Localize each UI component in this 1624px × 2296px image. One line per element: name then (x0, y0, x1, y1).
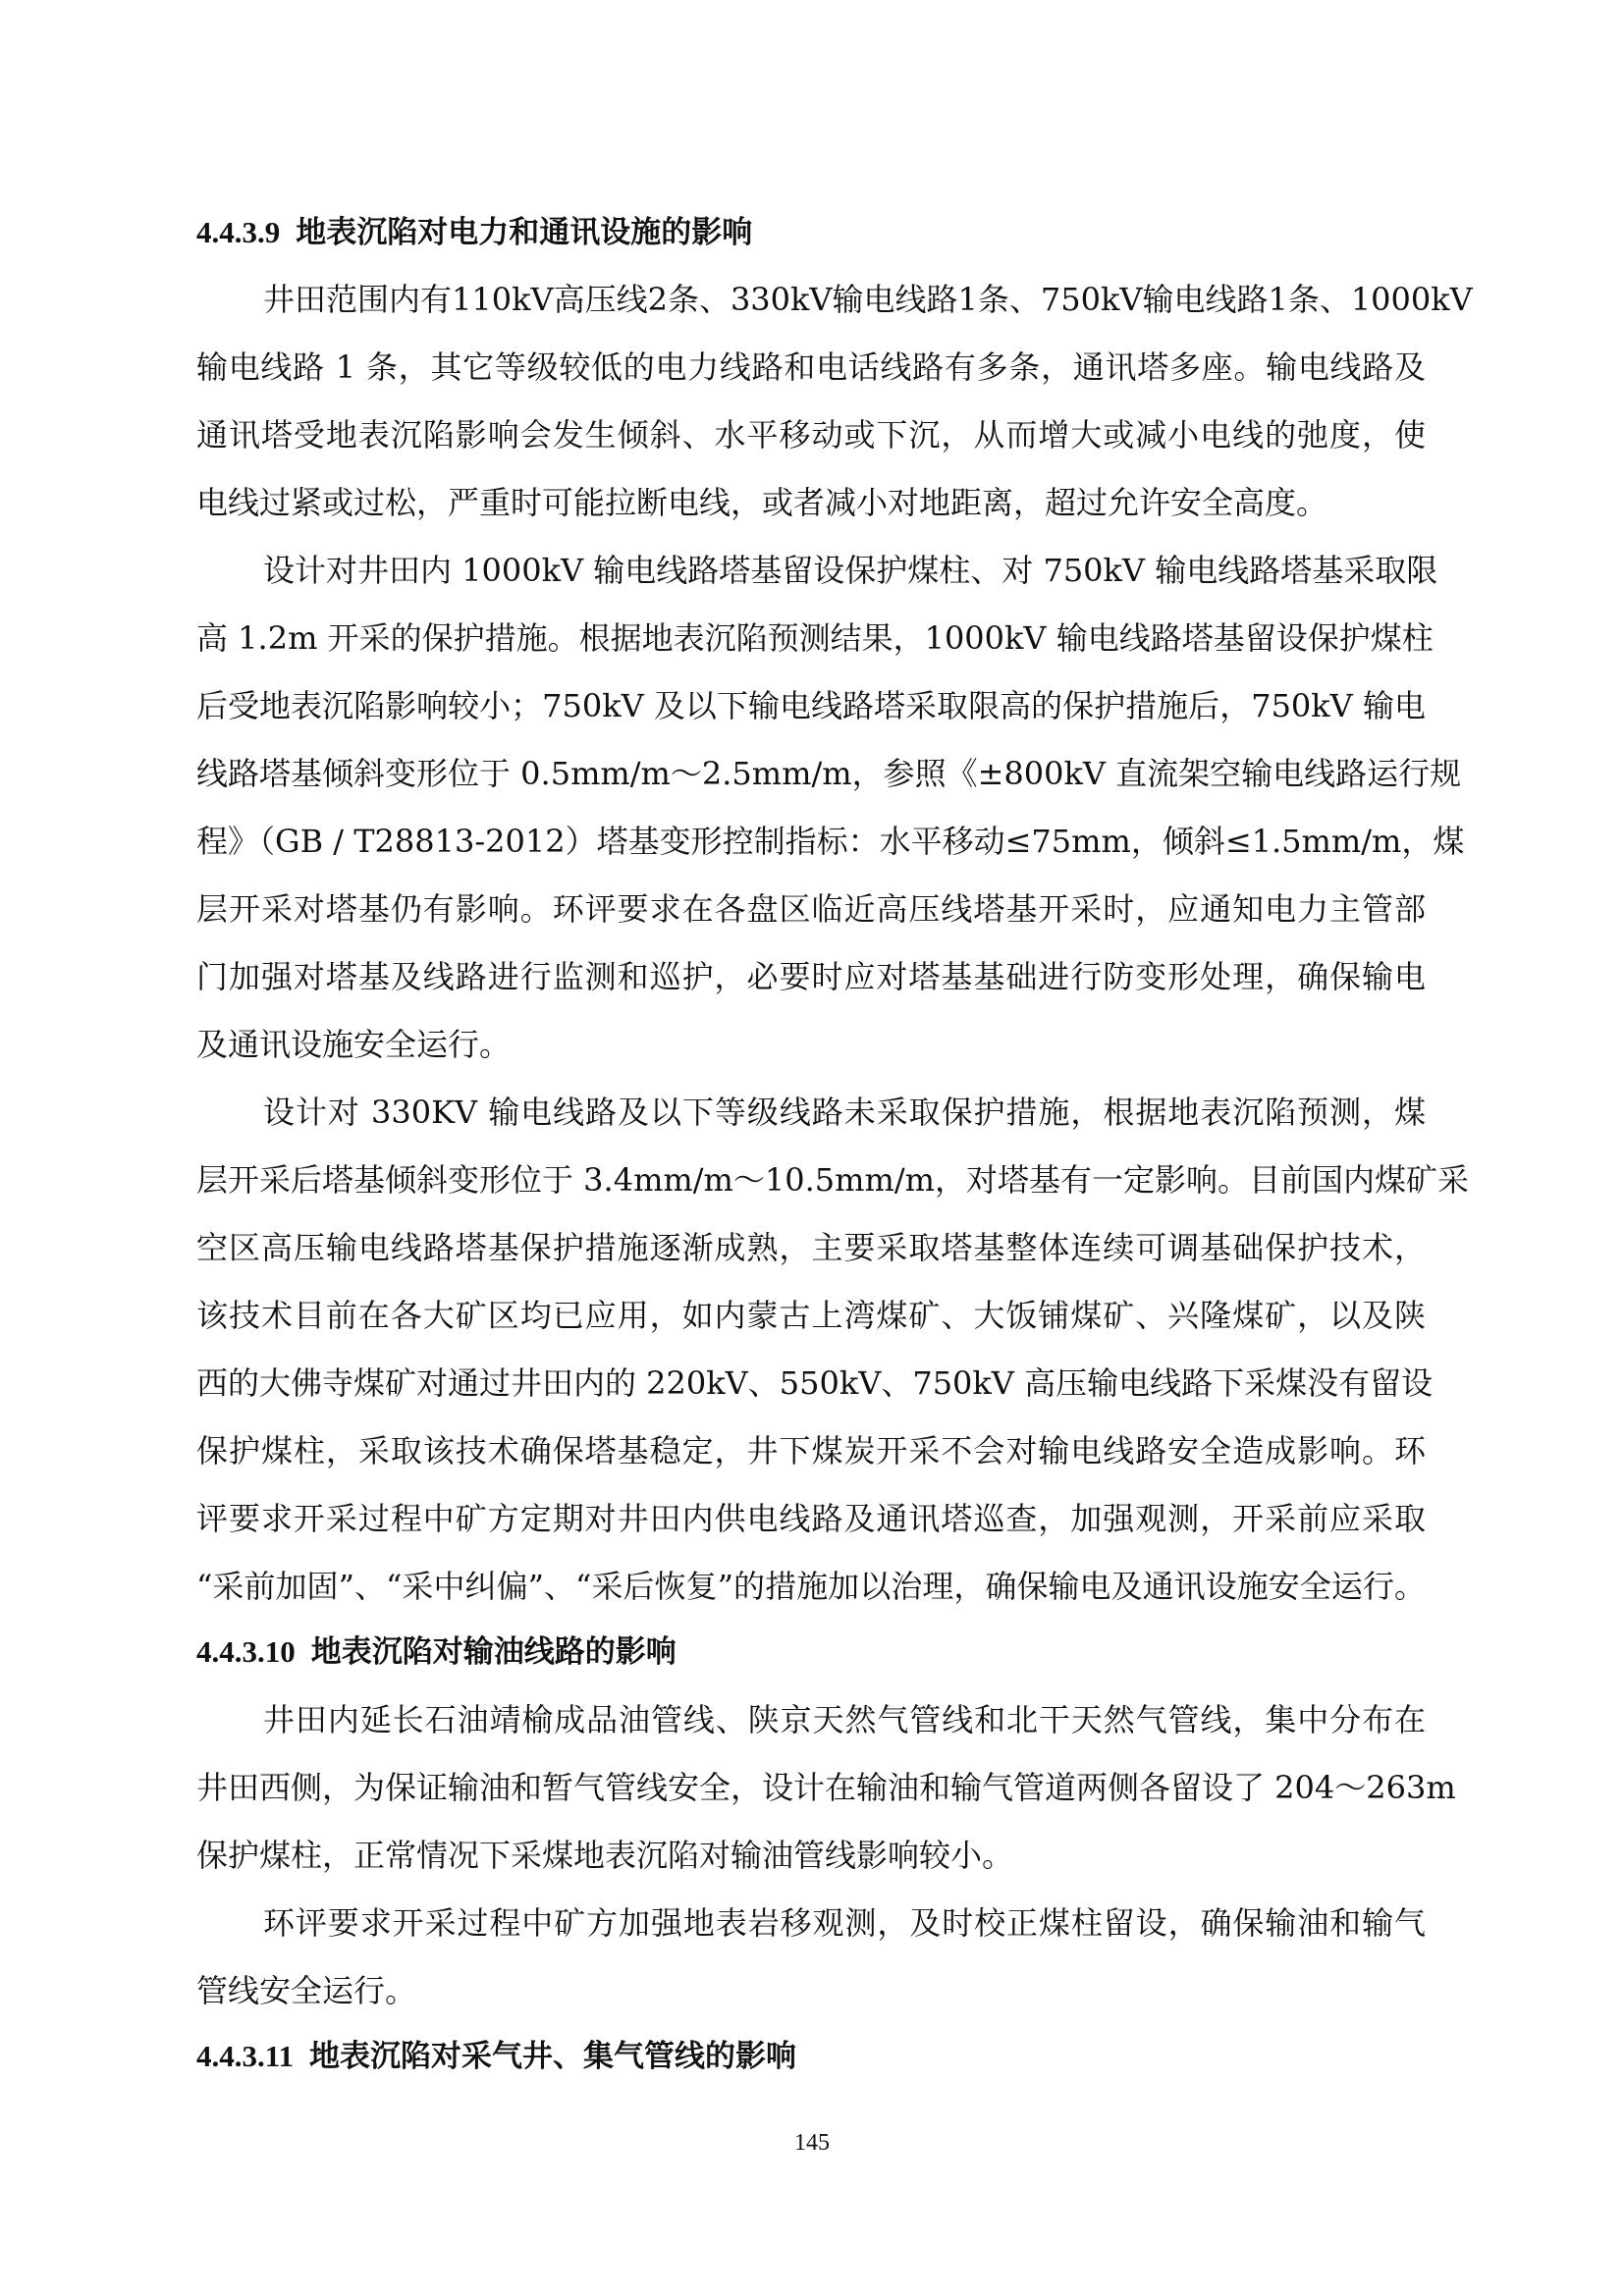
section-heading-4-4-3-11: 4.4.3.11地表沉陷对采气井、集气管线的影响 (196, 2032, 796, 2081)
paragraph-line: “采前加固”、“采中纠偏”、“采后恢复”的措施加以治理，确保输电及通讯设施安全运… (196, 1562, 1426, 1611)
paragraph-line: 井田内延长石油靖榆成品油管线、陕京天然气管线和北干天然气管线，集中分布在 (263, 1695, 1426, 1744)
paragraph-line: 空区高压输电线路塔基保护措施逐渐成熟，主要采取塔基整体连续可调基础保护技术， (196, 1223, 1426, 1272)
paragraph-line: 井田西侧，为保证输油和暂气管线安全，设计在输油和输气管道两侧各留设了 204～2… (196, 1763, 1426, 1812)
section-title: 地表沉陷对采气井、集气管线的影响 (309, 2039, 796, 2074)
paragraph-line: 层开采后塔基倾斜变形位于 3.4mm/m～10.5mm/m，对塔基有一定影响。目… (196, 1155, 1426, 1204)
paragraph-line: 输电线路 1 条，其它等级较低的电力线路和电话线路有多条，通讯塔多座。输电线路及 (196, 343, 1426, 392)
paragraph-line: 保护煤柱，采取该技术确保塔基稳定，井下煤炭开采不会对输电线路安全造成影响。环 (196, 1426, 1426, 1475)
paragraph-line: 高 1.2m 开采的保护措施。根据地表沉陷预测结果，1000kV 输电线路塔基留… (196, 614, 1426, 663)
page-number: 145 (0, 2128, 1624, 2158)
section-number: 4.4.3.11 (196, 2039, 294, 2073)
paragraph-line: 管线安全运行。 (196, 1966, 1426, 2015)
section-title: 地表沉陷对电力和通讯设施的影响 (296, 215, 752, 250)
paragraph-line: 层开采对塔基仍有影响。环评要求在各盘区临近高压线塔基开采时，应通知电力主管部 (196, 884, 1426, 934)
paragraph-line: 门加强对塔基及线路进行监测和巡护，必要时应对塔基基础进行防变形处理，确保输电 (196, 952, 1426, 1001)
paragraph-line: 该技术目前在各大矿区均已应用，如内蒙古上湾煤矿、大饭铺煤矿、兴隆煤矿，以及陕 (196, 1291, 1426, 1340)
paragraph-line: 设计对井田内 1000kV 输电线路塔基留设保护煤柱、对 750kV 输电线路塔… (263, 546, 1426, 595)
paragraph-line: 设计对 330KV 输电线路及以下等级线路未采取保护措施，根据地表沉陷预测，煤 (263, 1088, 1426, 1137)
paragraph-line: 后受地表沉陷影响较小；750kV 及以下输电线路塔采取限高的保护措施后，750k… (196, 681, 1426, 730)
paragraph-line: 通讯塔受地表沉陷影响会发生倾斜、水平移动或下沉，从而增大或减小电线的弛度，使 (196, 410, 1426, 459)
paragraph-line: 评要求开采过程中矿方定期对井田内供电线路及通讯塔巡查，加强观测，开采前应采取 (196, 1494, 1426, 1543)
paragraph-line: 及通讯设施安全运行。 (196, 1020, 1426, 1069)
paragraph-line: 井田范围内有110kV高压线2条、330kV输电线路1条、750kV输电线路1条… (263, 275, 1426, 324)
section-heading-4-4-3-10: 4.4.3.10地表沉陷对输油线路的影响 (196, 1628, 677, 1677)
paragraph-line: 程》（GB / T28813-2012）塔基变形控制指标：水平移动≤75mm，倾… (196, 817, 1426, 866)
paragraph-line: 电线过紧或过松，严重时可能拉断电线，或者减小对地距离，超过允许安全高度。 (196, 478, 1426, 527)
section-number: 4.4.3.10 (196, 1634, 296, 1669)
paragraph-line: 保护煤柱，正常情况下采煤地表沉陷对输油管线影响较小。 (196, 1831, 1426, 1880)
section-title: 地表沉陷对输油线路的影响 (311, 1634, 677, 1670)
section-heading-4-4-3-9: 4.4.3.9地表沉陷对电力和通讯设施的影响 (196, 208, 752, 257)
paragraph-line: 环评要求开采过程中矿方加强地表岩移观测，及时校正煤柱留设，确保输油和输气 (263, 1898, 1426, 1948)
paragraph-line: 线路塔基倾斜变形位于 0.5mm/m～2.5mm/m，参照《±800kV 直流架… (196, 749, 1426, 798)
document-page: 4.4.3.9地表沉陷对电力和通讯设施的影响 井田范围内有110kV高压线2条、… (0, 0, 1624, 2296)
section-number: 4.4.3.9 (196, 215, 280, 249)
paragraph-line: 西的大佛寺煤矿对通过井田内的 220kV、550kV、750kV 高压输电线路下… (196, 1359, 1426, 1408)
